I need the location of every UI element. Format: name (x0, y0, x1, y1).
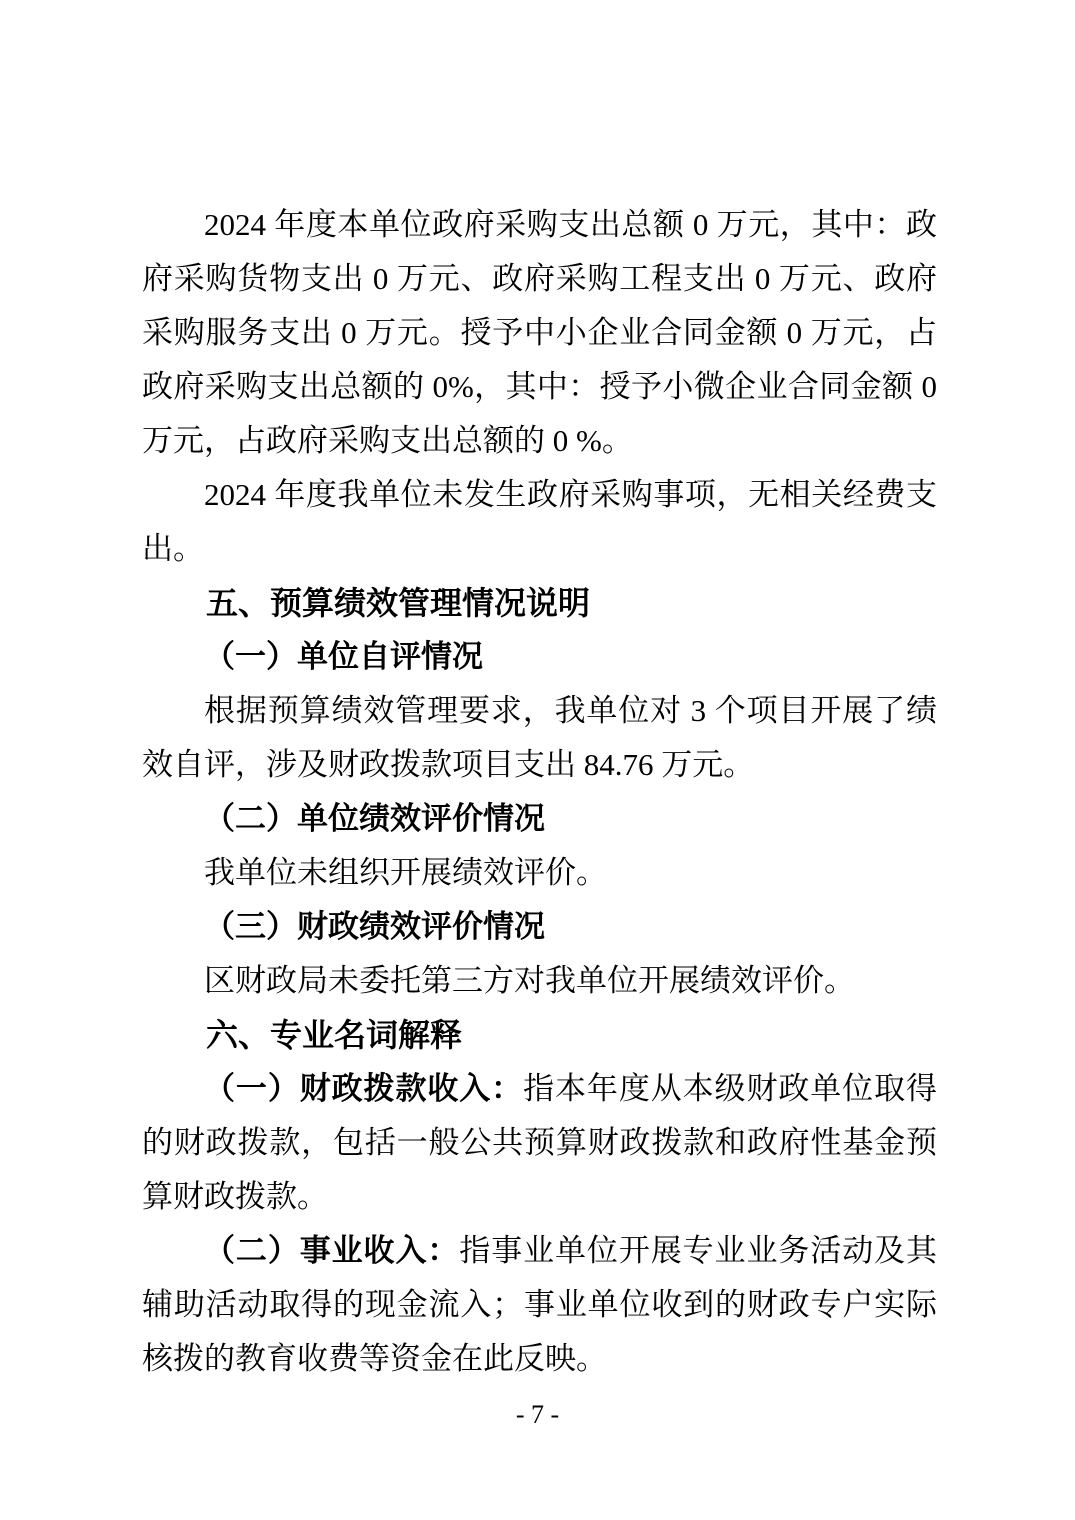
heading-5-1-self-evaluation: （一）单位自评情况 (142, 630, 937, 684)
definition-fiscal-appropriation-income: （一）财政拨款收入：指本年度从本级财政单位取得的财政拨款，包括一般公共预算财政拨… (142, 1062, 937, 1224)
heading-section-6-terminology: 六、专业名词解释 (142, 1008, 937, 1062)
definition-term-operating-income: （二）事业收入： (204, 1233, 459, 1268)
document-body: 2024 年度本单位政府采购支出总额 0 万元，其中：政府采购货物支出 0 万元… (142, 198, 937, 1386)
paragraph-self-evaluation-detail: 根据预算绩效管理要求，我单位对 3 个项目开展了绩效自评，涉及财政拨款项目支出 … (142, 684, 937, 792)
paragraph-procurement-summary: 2024 年度本单位政府采购支出总额 0 万元，其中：政府采购货物支出 0 万元… (142, 198, 937, 468)
heading-section-5-performance-management: 五、预算绩效管理情况说明 (142, 576, 937, 630)
heading-5-2-unit-performance-evaluation: （二）单位绩效评价情况 (142, 792, 937, 846)
document-page: 2024 年度本单位政府采购支出总额 0 万元，其中：政府采购货物支出 0 万元… (0, 0, 1075, 1520)
page-number: - 7 - (0, 1396, 1075, 1434)
definition-operating-income: （二）事业收入：指事业单位开展专业业务活动及其辅助活动取得的现金流入；事业单位收… (142, 1224, 937, 1386)
paragraph-unit-evaluation-detail: 我单位未组织开展绩效评价。 (142, 846, 937, 900)
heading-5-3-fiscal-performance-evaluation: （三）财政绩效评价情况 (142, 900, 937, 954)
paragraph-no-procurement: 2024 年度我单位未发生政府采购事项，无相关经费支出。 (142, 468, 937, 576)
paragraph-fiscal-evaluation-detail: 区财政局未委托第三方对我单位开展绩效评价。 (142, 954, 937, 1008)
definition-term-fiscal-appropriation-income: （一）财政拨款收入： (204, 1071, 523, 1106)
